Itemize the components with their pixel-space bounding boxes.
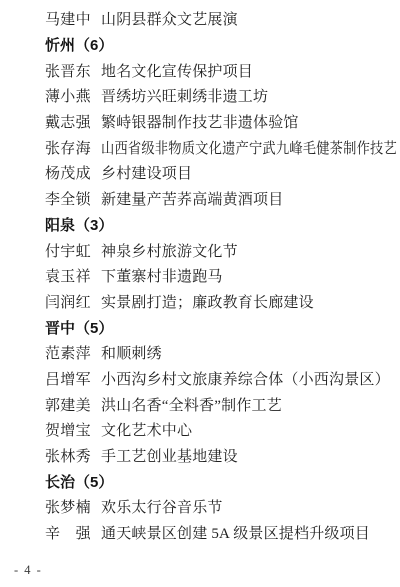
section-heading: 晋中（5）	[0, 314, 400, 340]
entry-project: 山西省级非物质文化遗产宁武九峰毛健茶制作技艺	[101, 137, 397, 158]
section-heading: 长治（5）	[0, 468, 400, 494]
entry-row: 袁玉祥下董寨村非遗跑马	[0, 263, 400, 289]
entry-person-name: 吕增军	[45, 368, 93, 389]
entry-row: 郭建美洪山名香“全料香”制作工艺	[0, 391, 400, 417]
entry-project: 乡村建设项目	[101, 162, 192, 183]
entry-person-name: 闫润红	[45, 291, 93, 312]
section-title: 长治（5）	[45, 471, 113, 492]
entry-row: 闫润红实景剧打造；廉政教育长廊建设	[0, 289, 400, 315]
entry-project: 晋绣坊兴旺刺绣非遗工坊	[101, 85, 268, 106]
entry-project: 文化艺术中心	[101, 419, 192, 440]
entry-person-name: 薄小燕	[45, 85, 93, 106]
entry-row: 马建中山阴县群众文艺展演	[0, 6, 400, 32]
entry-row: 张林秀手工艺创业基地建设	[0, 443, 400, 469]
document-page: 马建中山阴县群众文艺展演忻州（6）张晋东地名文化宣传保护项目薄小燕晋绣坊兴旺刺绣…	[0, 0, 400, 587]
section-heading: 忻州（6）	[0, 32, 400, 58]
entry-row: 张晋东地名文化宣传保护项目	[0, 57, 400, 83]
entry-person-name: 李全锁	[45, 188, 93, 209]
entry-project: 和顺刺绣	[101, 342, 162, 363]
section-title: 阳泉（3）	[45, 214, 113, 235]
entry-person-name: 辛 强	[45, 522, 93, 543]
entry-person-name: 杨茂成	[45, 162, 93, 183]
entry-person-name: 郭建美	[45, 394, 93, 415]
entry-person-name: 范素萍	[45, 342, 93, 363]
entry-project: 神泉乡村旅游文化节	[101, 240, 238, 261]
page-number: - 4 -	[14, 563, 42, 578]
section-heading: 阳泉（3）	[0, 212, 400, 238]
entry-row: 付宇虹神泉乡村旅游文化节	[0, 237, 400, 263]
entry-person-name: 戴志强	[45, 111, 93, 132]
entry-row: 吕增军小西沟乡村文旅康养综合体（小西沟景区）	[0, 366, 400, 392]
entry-row: 辛 强通天峡景区创建 5A 级景区提档升级项目	[0, 520, 400, 546]
entry-project: 小西沟乡村文旅康养综合体（小西沟景区）	[101, 368, 390, 389]
entry-person-name: 张梦楠	[45, 496, 93, 517]
entry-row: 贺增宝文化艺术中心	[0, 417, 400, 443]
entry-row: 张梦楠欢乐太行谷音乐节	[0, 494, 400, 520]
entry-person-name: 袁玉祥	[45, 265, 93, 286]
entry-project: 实景剧打造；廉政教育长廊建设	[101, 291, 314, 312]
entry-project: 手工艺创业基地建设	[101, 445, 238, 466]
entry-person-name: 张林秀	[45, 445, 93, 466]
entry-person-name: 张晋东	[45, 60, 93, 81]
entry-row: 杨茂成乡村建设项目	[0, 160, 400, 186]
entry-project: 通天峡景区创建 5A 级景区提档升级项目	[101, 522, 370, 543]
section-title: 晋中（5）	[45, 317, 113, 338]
entry-project: 繁峙银器制作技艺非遗体验馆	[101, 111, 299, 132]
entry-project: 洪山名香“全料香”制作工艺	[101, 394, 282, 415]
section-title: 忻州（6）	[45, 34, 113, 55]
entry-row: 薄小燕晋绣坊兴旺刺绣非遗工坊	[0, 83, 400, 109]
entry-person-name: 付宇虹	[45, 240, 93, 261]
entry-row: 范素萍和顺刺绣	[0, 340, 400, 366]
entry-project: 下董寨村非遗跑马	[101, 265, 223, 286]
entry-row: 张存海山西省级非物质文化遗产宁武九峰毛健茶制作技艺	[0, 134, 400, 160]
entry-person-name: 马建中	[45, 8, 93, 29]
entry-project: 地名文化宣传保护项目	[101, 60, 253, 81]
entry-row: 李全锁新建量产苦荞高端黄酒项目	[0, 186, 400, 212]
entry-project: 山阴县群众文艺展演	[101, 8, 238, 29]
entries-list: 马建中山阴县群众文艺展演忻州（6）张晋东地名文化宣传保护项目薄小燕晋绣坊兴旺刺绣…	[0, 0, 400, 545]
entry-row: 戴志强繁峙银器制作技艺非遗体验馆	[0, 109, 400, 135]
entry-person-name: 贺增宝	[45, 419, 93, 440]
entry-project: 欢乐太行谷音乐节	[101, 496, 223, 517]
entry-person-name: 张存海	[45, 137, 93, 158]
entry-project: 新建量产苦荞高端黄酒项目	[101, 188, 283, 209]
